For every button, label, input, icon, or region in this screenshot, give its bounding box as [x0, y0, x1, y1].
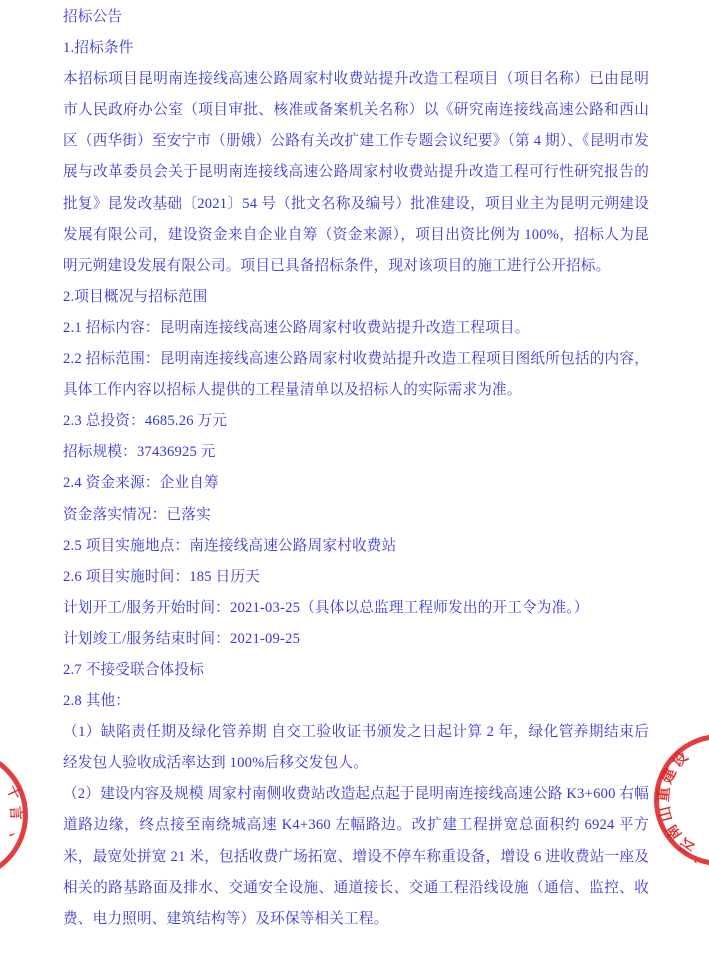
section-1-heading: 1.招标条件: [63, 33, 649, 64]
planned-start-date: 计划开工/服务开始时间：2021-03-25（具体以总监理工程师发出的开工令为准…: [63, 593, 649, 624]
planned-end-date: 计划竣工/服务结束时间：2021-09-25: [63, 624, 649, 655]
document-title: 招标公告: [63, 2, 649, 33]
project-duration-2-6: 2.6 项目实施时间：185 日历天: [63, 562, 649, 593]
bidding-conditions-text: 本招标项目昆明南连接线高速公路周家村收费站提升改造工程项目（项目名称）已由昆明市…: [63, 64, 649, 282]
defect-liability-clause: （1）缺陷责任期及绿化管养期 自交工验收证书颁发之日起计算 2 年，绿化管养期结…: [63, 717, 649, 779]
announcement-body: 招标公告 1.招标条件 本招标项目昆明南连接线高速公路周家村收费站提升改造工程项…: [63, 2, 649, 935]
bid-scale: 招标规模：37436925 元: [63, 437, 649, 468]
seal-right-char: 重: [657, 786, 673, 803]
bidding-content-2-1: 2.1 招标内容：昆明南连接线高速公路周家村收费站提升改造工程项目。: [63, 313, 649, 344]
no-consortium-2-7: 2.7 不接受联合体投标: [63, 655, 649, 686]
construction-scope-clause: （2）建设内容及规模 周家村南侧收费站改造起点起于昆明南连接线高速公路 K3+6…: [63, 779, 649, 934]
funding-source-2-4: 2.4 资金来源：企业自筹: [63, 468, 649, 499]
document-page: 招标公告 1.招标条件 本招标项目昆明南连接线高速公路周家村收费站提升改造工程项…: [0, 0, 709, 953]
project-location-2-5: 2.5 项目实施地点：南连接线高速公路周家村收费站: [63, 531, 649, 562]
others-2-8: 2.8 其他：: [63, 686, 649, 717]
section-2-heading: 2.项目概况与招标范围: [63, 282, 649, 313]
bidding-scope-2-2: 2.2 招标范围：昆明南连接线高速公路周家村收费站提升改造工程项目图纸所包括的内…: [63, 344, 649, 406]
funding-status: 资金落实情况：已落实: [63, 500, 649, 531]
total-investment-2-3: 2.3 总投资：4685.26 万元: [63, 406, 649, 437]
seal-left-char: 言: [7, 805, 22, 822]
